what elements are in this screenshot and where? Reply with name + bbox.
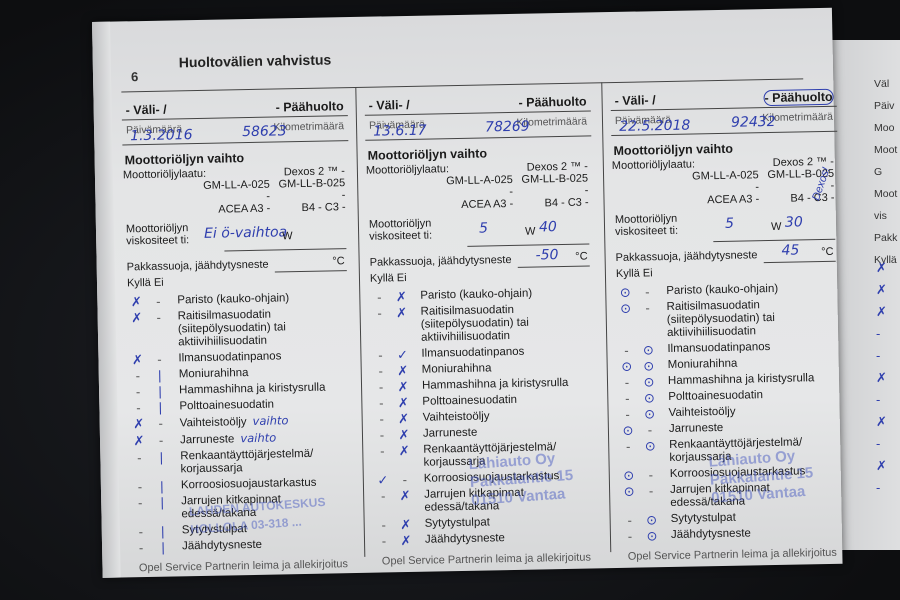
divider <box>224 248 346 251</box>
yes-mark: ✗ <box>126 311 148 324</box>
checklist-item-label: Ilmansuodatinpanos <box>170 349 352 365</box>
no-mark: ⊙ <box>637 343 659 356</box>
yes-mark: - <box>130 541 152 554</box>
checklist-item: -⊙Sytytystulpat <box>619 510 845 527</box>
oil-grade-option: ACEA A3 - <box>442 198 518 211</box>
yes-mark: - <box>619 530 641 543</box>
entry-header: - Väli- /- Päähuolto <box>610 78 837 111</box>
no-mark: | <box>152 541 174 554</box>
oil-grade-option <box>124 204 200 217</box>
yes-mark: - <box>128 451 150 464</box>
checklist-item-label: Ilmansuodatinpanos <box>413 344 595 360</box>
yes-mark: - <box>616 392 638 405</box>
no-mark: ⊙ <box>641 529 663 542</box>
oil-grade-option: GM-LL-B-025 - <box>274 177 350 202</box>
signature-label: Opel Service Partnerin leima ja allekirj… <box>373 551 599 568</box>
no-mark: ⊙ <box>639 407 661 420</box>
right-page-text: Moot <box>874 144 897 156</box>
date-km-row: PäivämääräKilometrimäärä13.6.1778269 <box>365 111 591 140</box>
yes-mark: - <box>371 444 393 457</box>
signature-label: Opel Service Partnerin leima ja allekirj… <box>130 558 356 575</box>
checklist-item-label: Hammashihna ja kiristysrulla <box>171 381 353 397</box>
viscosity-row: Moottoriöljyn viskositeet ti:Ei ö-vaihto… <box>124 219 351 253</box>
no-mark: ✗ <box>393 428 415 441</box>
checklist-item: -|Korroosiosuojaustarkastus <box>129 476 355 493</box>
checklist-item: ⊙-Jarrujen kitkapinnat edessä/takana <box>618 481 844 511</box>
no-mark: - <box>640 484 662 497</box>
checklist-item: ✗-Paristo (kauko-ohjain) <box>125 291 351 308</box>
main-service-label: - Päähuolto <box>275 99 343 114</box>
right-page-mark: - <box>876 436 880 451</box>
checklist-item: -✗Vaihteistoöljy <box>371 408 597 425</box>
checklist-item-label: Jäähdytysneste <box>174 537 356 553</box>
no-mark: ✗ <box>395 534 417 547</box>
no-mark: - <box>636 285 658 298</box>
w-label: W <box>282 230 293 242</box>
right-page-text: Moot <box>874 188 897 200</box>
checklist-item: ✗-Raitisilmasuodatin (siitepölysuodatin)… <box>126 307 353 350</box>
handwritten-note: vaihto <box>252 413 288 428</box>
checklist-item-label: Vaihteistoöljy <box>660 404 842 420</box>
no-mark: ⊙ <box>638 391 660 404</box>
oil-grade-option: GM-LL-B-025 - <box>517 172 593 197</box>
oil-grade-option: B4 - C3 - <box>763 192 839 205</box>
no-mark: | <box>150 451 172 464</box>
checklist-item-label: Jarrunestevaihto <box>172 430 354 447</box>
date-km-row: PäivämääräKilometrimäärä1.3.201658623 <box>122 116 348 145</box>
checklist-item: ⊙-Korroosiosuojaustarkastus <box>618 465 844 482</box>
viscosity-left-value: 5 <box>479 220 488 236</box>
yes-mark: ✓ <box>372 473 394 486</box>
viscosity-left-value: 5 <box>725 216 734 232</box>
divider <box>275 270 347 272</box>
no-mark: | <box>149 385 171 398</box>
yes-mark: ⊙ <box>617 424 639 437</box>
checklist-item-label: Polttoainesuodatin <box>171 397 353 413</box>
date-km-row: PäivämääräKilometrimäärä22.5.201892432 <box>611 107 837 136</box>
signature-label: Opel Service Partnerin leima ja allekirj… <box>619 547 845 564</box>
yes-mark: - <box>373 518 395 531</box>
viscosity-label: Moottoriöljyn viskositeet ti: <box>126 222 216 248</box>
checklist-item-label: Jarruneste <box>661 420 843 436</box>
checklist-item: ⊙-Paristo (kauko-ohjain) <box>614 282 840 299</box>
checklist-item-label: Hammashihna ja kiristysrulla <box>414 376 596 392</box>
no-mark: ✗ <box>394 489 416 502</box>
viscosity-label: Moottoriöljyn viskositeet ti: <box>369 217 459 243</box>
w-label: W <box>771 221 782 233</box>
no-mark: ✗ <box>390 290 412 303</box>
date-value: 13.6.17 <box>373 123 427 140</box>
checklist-item-label: Paristo (kauko-ohjain) <box>412 286 594 302</box>
checklist-item: -|Hammashihna ja kiristysrulla <box>127 381 353 398</box>
yes-mark: - <box>369 306 391 319</box>
checklist-item-label: Jarrujen kitkapinnat edessä/takana <box>173 492 355 521</box>
right-page-text: Väl <box>874 78 889 90</box>
yes-mark: - <box>619 514 641 527</box>
celsius-unit: °C <box>821 246 834 258</box>
checklist-item-label: Polttoainesuodatin <box>660 388 842 404</box>
right-page-mark: - <box>876 480 880 495</box>
oil-grade-option: ACEA A3 - <box>688 193 764 206</box>
checklist-item: -|Moniurahihna <box>127 365 353 382</box>
celsius-unit: °C <box>332 255 345 267</box>
no-mark: | <box>152 525 174 538</box>
yes-mark: ✗ <box>126 353 148 366</box>
divider <box>518 265 590 267</box>
oil-grade-options: Moottoriöljylaatu:Dexos 2 ™ -GM-LL-A-025… <box>366 160 593 212</box>
yes-mark: - <box>373 534 395 547</box>
antifreeze-row: Pakkassuoja, jäähdytysneste°C <box>125 255 351 275</box>
checklist-item-label: Jarrujen kitkapinnat edessä/takana <box>416 485 598 514</box>
oil-grade-option <box>612 195 688 208</box>
no-mark: - <box>394 473 416 486</box>
no-mark: ✗ <box>395 518 417 531</box>
checklist-item: -✗Jarruneste <box>371 424 597 441</box>
oil-change-heading: Moottoriöljyn vaihto <box>365 144 591 162</box>
checklist-item: -⊙Hammashihna ja kiristysrulla <box>616 372 842 389</box>
oil-grade-option <box>366 199 442 212</box>
yes-mark: - <box>615 344 637 357</box>
checklist: -✗Paristo (kauko-ohjain)-✗Raitisilmasuod… <box>368 286 599 547</box>
viscosity-right-value: 40 <box>539 219 557 235</box>
yes-mark: - <box>370 364 392 377</box>
divider <box>764 261 836 263</box>
date-value: 1.3.2016 <box>130 127 193 144</box>
yes-mark: ✗ <box>128 417 150 430</box>
checklist-item-label: Moniurahihna <box>660 356 842 372</box>
right-page-mark: - <box>876 392 880 407</box>
no-mark: | <box>151 480 173 493</box>
checklist-item: -⊙Ilmansuodatinpanos <box>615 340 841 357</box>
yes-mark: - <box>129 496 151 509</box>
checklist-item: -|Jarrujen kitkapinnat edessä/takana <box>129 492 355 522</box>
no-mark: ✗ <box>392 396 414 409</box>
checklist-item: -⊙Renkaantäyttöjärjestelmä/ korjaussarja <box>617 436 843 466</box>
antifreeze-value: -50 <box>535 247 558 263</box>
service-entry-1: - Väli- /- PäähuoltoPäivämääräKilometrim… <box>121 87 356 561</box>
checklist-item: -✗Raitisilmasuodatin (siitepölysuodatin)… <box>369 302 596 345</box>
oil-grade-option <box>123 180 199 205</box>
w-label: W <box>525 226 536 238</box>
no-mark: ⊙ <box>638 375 660 388</box>
oil-grade-option: B4 - C3 - <box>274 201 350 214</box>
checklist-item: -✗Hammashihna ja kiristysrulla <box>370 376 596 393</box>
yes-mark: - <box>368 290 390 303</box>
checklist-item: -⊙Polttoainesuodatin <box>616 388 842 405</box>
checklist-item-label: Jarrujen kitkapinnat edessä/takana <box>662 481 844 510</box>
interim-service-label: - Väli- / <box>126 103 167 118</box>
yes-mark: - <box>127 401 149 414</box>
no-mark: ⊙ <box>641 513 663 526</box>
viscosity-note: Ei ö-vaihtoa <box>204 224 287 242</box>
right-page-text: Pakk <box>874 232 897 244</box>
yes-mark: - <box>370 396 392 409</box>
oil-change-heading: Moottoriöljyn vaihto <box>611 140 837 158</box>
checklist: ✗-Paristo (kauko-ohjain)✗-Raitisilmasuod… <box>125 291 356 554</box>
oil-grade-option: GM-LL-A-025 - <box>441 174 517 199</box>
checklist-item-label: Raitisilmasuodatin (siitepölysuodatin) t… <box>170 307 353 349</box>
km-value: 92432 <box>731 114 776 131</box>
right-page-mark: - <box>876 326 880 341</box>
checklist-item: ✗-Vaihteistoöljyvaihto <box>128 413 354 431</box>
oil-grade-options: Moottoriöljylaatu:Dexos 2 ™ -GM-LL-A-025… <box>612 156 839 208</box>
right-page-text: vis <box>874 210 887 222</box>
yes-no-header: Kyllä Ei <box>368 268 594 284</box>
yes-mark: - <box>129 480 151 493</box>
no-mark: | <box>151 496 173 509</box>
checklist-item: -✗Renkaantäyttöjärjestelmä/ korjaussarja <box>371 440 597 470</box>
yes-mark: - <box>127 385 149 398</box>
oil-grade-option: GM-LL-A-025 - <box>687 169 763 194</box>
oil-change-heading: Moottoriöljyn vaihto <box>123 149 349 167</box>
right-page-mark: ✗ <box>876 370 887 386</box>
checklist-item: ⊙-Raitisilmasuodatin (siitepölysuodatin)… <box>614 298 841 341</box>
yes-mark: - <box>130 525 152 538</box>
right-page-mark: - <box>876 348 880 363</box>
checklist-item: -✗Jäähdytysneste <box>373 530 599 547</box>
interim-service-label: - Väli- / <box>614 93 655 108</box>
main-service-label: - Päähuolto <box>518 95 586 110</box>
entry-header: - Väli- /- Päähuolto <box>364 82 591 115</box>
oil-grade-option: B4 - C3 - <box>517 196 593 209</box>
no-mark: ✗ <box>392 380 414 393</box>
right-page-text: G <box>874 166 882 178</box>
oil-grade-options: Moottoriöljylaatu:Dexos 2 ™ -GM-LL-A-025… <box>123 165 350 217</box>
viscosity-row: Moottoriöljyn viskositeet ti:5W30 <box>613 210 840 244</box>
no-mark: - <box>640 468 662 481</box>
no-mark: ✓ <box>391 348 413 361</box>
checklist-item: -|Jäähdytysneste <box>130 537 356 554</box>
km-value: 78269 <box>485 119 530 136</box>
checklist-item-label: Vaihteistoöljyvaihto <box>172 413 354 430</box>
divider <box>467 243 589 246</box>
yes-mark: - <box>371 428 393 441</box>
oil-grade-option: ACEA A3 - <box>199 203 275 216</box>
yes-mark: - <box>370 380 392 393</box>
oil-grade-option <box>612 171 688 196</box>
no-mark: ✗ <box>392 364 414 377</box>
yes-mark: - <box>616 376 638 389</box>
viscosity-label: Moottoriöljyn viskositeet ti: <box>615 212 705 238</box>
right-page-mark: ✗ <box>876 458 887 474</box>
antifreeze-label: Pakkassuoja, jäähdytysneste <box>127 259 269 274</box>
no-mark: ✗ <box>391 306 413 319</box>
right-page-mark: ✗ <box>876 304 887 320</box>
right-page-text: Moo <box>874 122 894 134</box>
divider <box>713 239 835 242</box>
checklist-item: -✗Jarrujen kitkapinnat edessä/takana <box>372 485 598 515</box>
yes-mark: ⊙ <box>614 286 636 299</box>
antifreeze-label: Pakkassuoja, jäähdytysneste <box>370 254 512 269</box>
page-title: Huoltovälien vahvistus <box>179 51 332 70</box>
checklist-item-label: Renkaantäyttöjärjestelmä/ korjaussarja <box>415 440 597 469</box>
yes-mark: - <box>127 369 149 382</box>
yes-mark: ⊙ <box>618 485 640 498</box>
checklist-item: ✗-Ilmansuodatinpanos <box>126 349 352 366</box>
no-mark: - <box>639 423 661 436</box>
viscosity-row: Moottoriöljyn viskositeet ti:5W40 <box>367 214 594 248</box>
checklist-item-label: Paristo (kauko-ohjain) <box>658 282 840 298</box>
antifreeze-row: Pakkassuoja, jäähdytysneste-50°C <box>368 250 594 270</box>
checklist-item: ✓-Korroosiosuojaustarkastus <box>372 469 598 486</box>
no-mark: ⊙ <box>638 359 660 372</box>
no-mark: | <box>149 401 171 414</box>
checklist-item-label: Raitisilmasuodatin (siitepölysuodatin) t… <box>413 302 596 344</box>
checklist-item-label: Jäähdytysneste <box>663 526 845 542</box>
yes-mark: ✗ <box>125 295 147 308</box>
yes-no-header: Kyllä Ei <box>614 264 840 280</box>
checklist-item: -✗Paristo (kauko-ohjain) <box>368 286 594 303</box>
no-mark: - <box>636 301 658 314</box>
yes-no-header: Kyllä Ei <box>125 273 351 289</box>
right-page-mark: ✗ <box>876 260 887 276</box>
checklist-item-label: Sytytystulpat <box>417 514 599 530</box>
checklist-item-label: Renkaantäyttöjärjestelmä/ korjaussarja <box>661 436 843 465</box>
interim-service-label: - Väli- / <box>369 98 410 113</box>
service-entry-3: - Väli- /- PäähuoltoPäivämääräKilometrim… <box>601 78 845 552</box>
yes-mark: ⊙ <box>616 360 638 373</box>
yes-mark: - <box>369 348 391 361</box>
checklist-item: -|Renkaantäyttöjärjestelmä/ korjaussarja <box>128 447 354 477</box>
checklist-item-label: Jarruneste <box>415 424 597 440</box>
entry-header: - Väli- /- Päähuolto <box>121 87 348 120</box>
oil-grade-option: GM-LL-A-025 - <box>198 179 274 204</box>
no-mark: - <box>148 311 170 324</box>
yes-mark: - <box>372 489 394 502</box>
no-mark: - <box>148 353 170 366</box>
checklist-item-label: Raitisilmasuodatin (siitepölysuodatin) t… <box>658 298 841 340</box>
checklist-item: -✗Polttoainesuodatin <box>370 392 596 409</box>
no-mark: | <box>149 369 171 382</box>
no-mark: ✗ <box>393 444 415 457</box>
checklist-item-label: Sytytystulpat <box>174 521 356 537</box>
checklist-item: ✗-Jarrunestevaihto <box>128 430 354 448</box>
yes-mark: ⊙ <box>618 469 640 482</box>
service-entry-2: - Väli- /- PäähuoltoPäivämääräKilometrim… <box>355 82 599 556</box>
checklist-item-label: Moniurahihna <box>414 360 596 376</box>
no-mark: ✗ <box>393 412 415 425</box>
checklist-item-label: Korroosiosuojaustarkastus <box>173 476 355 492</box>
checklist-item-label: Renkaantäyttöjärjestelmä/ korjaussarja <box>172 447 354 476</box>
checklist-item: -|Sytytystulpat <box>130 521 356 538</box>
celsius-unit: °C <box>575 251 588 263</box>
km-value: 58623 <box>242 123 287 140</box>
checklist-item-label: Korroosiosuojaustarkastus <box>662 465 844 481</box>
right-page-mark: ✗ <box>876 414 887 430</box>
checklist-item-label: Korroosiosuojaustarkastus <box>416 469 598 485</box>
main-service-label: - Päähuolto <box>764 90 832 105</box>
checklist: ⊙-Paristo (kauko-ohjain)⊙-Raitisilmasuod… <box>614 282 845 543</box>
checklist-item: -⊙Jäähdytysneste <box>619 526 845 543</box>
checklist-item-label: Paristo (kauko-ohjain) <box>169 291 351 307</box>
yes-mark: - <box>371 412 393 425</box>
right-page-text: Päiv <box>874 100 894 112</box>
right-page-mark: ✗ <box>876 282 887 298</box>
checklist-item: -✗Moniurahihna <box>370 360 596 377</box>
checklist-item-label: Hammashihna ja kiristysrulla <box>660 372 842 388</box>
handwritten-note: vaihto <box>240 431 276 446</box>
yes-mark: - <box>617 408 639 421</box>
no-mark: - <box>150 417 172 430</box>
checklist-item-label: Jäähdytysneste <box>417 530 599 546</box>
checklist-item-label: Vaihteistoöljy <box>415 408 597 424</box>
checklist-item-label: Sytytystulpat <box>663 510 845 526</box>
no-mark: - <box>147 295 169 308</box>
antifreeze-label: Pakkassuoja, jäähdytysneste <box>616 249 758 264</box>
service-booklet-page: 6 Huoltovälien vahvistus - Väli- /- Pääh… <box>92 8 843 578</box>
date-value: 22.5.2018 <box>619 118 691 135</box>
viscosity-right-value: 30 <box>785 214 803 230</box>
no-mark: ⊙ <box>639 439 661 452</box>
oil-grade-option <box>366 175 442 200</box>
antifreeze-row: Pakkassuoja, jäähdytysneste45°C <box>613 246 839 266</box>
checklist-item-label: Polttoainesuodatin <box>414 392 596 408</box>
checklist-item: ⊙⊙Moniurahihna <box>616 356 842 373</box>
checklist-item: -✗Sytytystulpat <box>373 514 599 531</box>
checklist-item: ⊙-Jarruneste <box>617 420 843 437</box>
checklist-item: -|Polttoainesuodatin <box>127 397 353 414</box>
page-number: 6 <box>131 69 139 84</box>
yes-mark: ⊙ <box>614 302 636 315</box>
yes-mark: ✗ <box>128 434 150 447</box>
checklist-item-label: Moniurahihna <box>171 365 353 381</box>
checklist-item: -⊙Vaihteistoöljy <box>617 404 843 421</box>
antifreeze-value: 45 <box>781 242 799 258</box>
checklist-item-label: Ilmansuodatinpanos <box>659 340 841 356</box>
checklist-item: -✓Ilmansuodatinpanos <box>369 344 595 361</box>
yes-mark: - <box>617 440 639 453</box>
no-mark: - <box>150 434 172 447</box>
